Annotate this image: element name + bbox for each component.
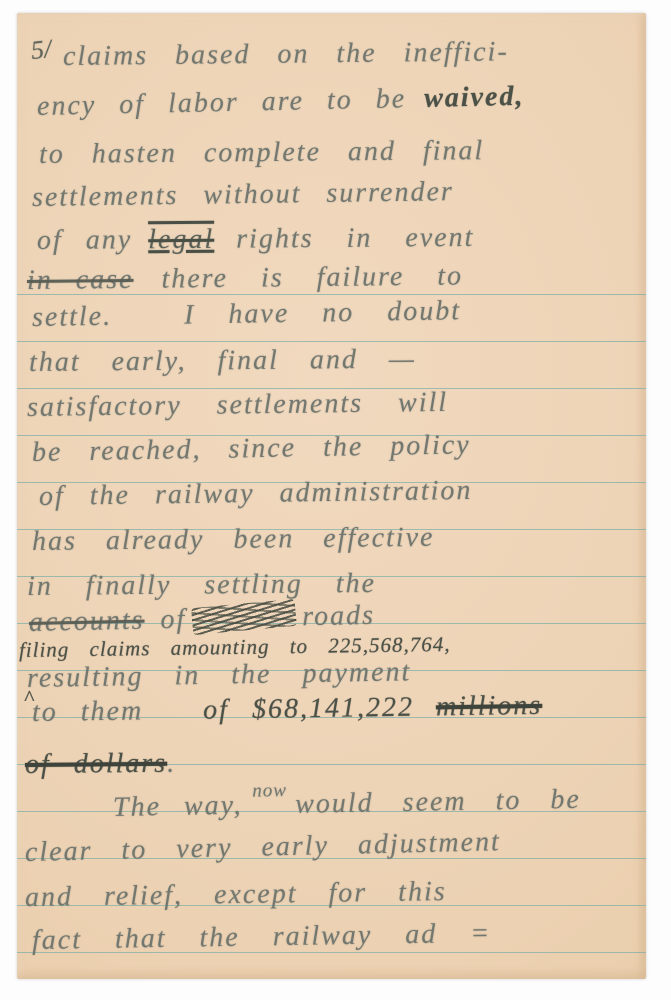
handwritten-line-21: and relief, except for this — [25, 876, 447, 914]
line-17-text: to them — [32, 695, 144, 728]
line-2-text: ency of labor are to be — [37, 83, 407, 122]
line-18-period: . — [167, 748, 176, 779]
inserted-word-now: now — [252, 780, 287, 802]
handwritten-line-16: resulting in the payment — [27, 656, 412, 695]
handwritten-line-7: settle.I have no doubt — [32, 295, 462, 334]
line-19-text: The way, — [113, 790, 243, 823]
line-7-text-end: I have no doubt — [184, 295, 461, 330]
handwritten-line-6: in casethere is failure to — [27, 260, 463, 297]
handwritten-line-4: settlements without surrender — [32, 176, 454, 214]
handwritten-line-13: in finally settling the — [27, 568, 376, 603]
word-gap — [112, 324, 184, 325]
line-14-text: of — [160, 604, 186, 636]
handwritten-line-1: claims based on the ineffici- — [63, 36, 509, 73]
line-5-text-end: rights in event — [236, 222, 474, 255]
crossed-out-word-accounts: accounts — [29, 605, 145, 638]
crossed-out-word-millions: millions — [436, 690, 543, 722]
page-number: 5/ — [29, 34, 52, 66]
handwritten-line-9: satisfactory settlements will — [27, 387, 448, 424]
payment-amount: of $68,141,222 — [203, 692, 414, 726]
scribbled-out-text — [191, 599, 297, 635]
line-19-text-end: would seem to be — [295, 784, 581, 820]
crossed-out-words-of-dollars: of dollars — [25, 748, 167, 780]
line-5-text: of any — [37, 224, 132, 256]
scan-background: 5/ claims based on the ineffici- ency of… — [0, 0, 671, 1000]
line-6-text: there is failure to — [161, 260, 463, 294]
handwritten-line-8: that early, final and — — [29, 344, 416, 380]
overwritten-word-waived: waived, — [424, 81, 525, 114]
line-14-text-end: roads — [302, 600, 375, 633]
handwritten-line-3: to hasten complete and final — [39, 135, 485, 171]
handwritten-line-18: of dollars. — [25, 748, 176, 782]
crossed-out-word-legal: legal — [148, 224, 214, 255]
handwritten-line-12: has already been effective — [32, 522, 435, 558]
handwritten-line-5: of anylegalrights in event — [37, 222, 475, 257]
handwritten-line-11: of the railway administration — [39, 475, 473, 513]
crossed-out-words-in-case: in case — [27, 264, 134, 296]
line-7-text: settle. — [32, 301, 113, 333]
notebook-page: 5/ claims based on the ineffici- ency of… — [17, 13, 646, 979]
handwritten-line-2: ency of labor are to bewaived, — [37, 81, 525, 123]
word-gap — [143, 719, 203, 720]
